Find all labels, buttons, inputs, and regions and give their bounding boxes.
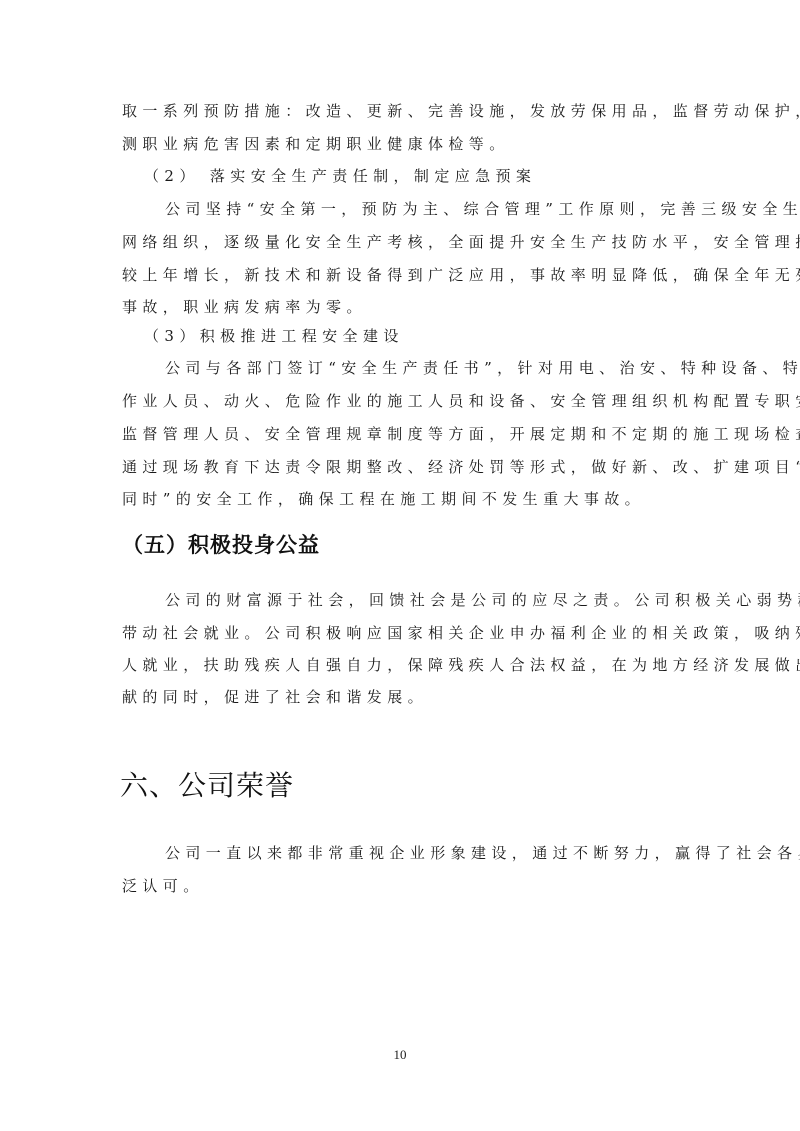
paragraph-line: 监督管理人员、安全管理规章制度等方面，开展定期和不定期的施工现场检查， <box>122 424 682 444</box>
paragraph-line: 测职业病危害因素和定期职业健康体检等。 <box>122 134 682 154</box>
document-page: 取一系列预防措施：改造、更新、完善设施，发放劳保用品，监督劳动保护，监 测职业病… <box>0 0 800 1131</box>
paragraph-line: 事故，职业病发病率为零。 <box>122 297 682 317</box>
chapter-heading: 六、公司荣誉 <box>120 769 294 803</box>
paragraph-line: 作业人员、动火、危险作业的施工人员和设备、安全管理组织机构配置专职安全 <box>122 391 682 411</box>
paragraph-line: 带动社会就业。公司积极响应国家相关企业申办福利企业的相关政策，吸纳残疾 <box>122 623 682 643</box>
paragraph-line: 取一系列预防措施：改造、更新、完善设施，发放劳保用品，监督劳动保护，监 <box>122 101 682 121</box>
paragraph-line: 同时”的安全工作，确保工程在施工期间不发生重大事故。 <box>122 489 682 509</box>
page-number: 10 <box>0 1047 800 1063</box>
paragraph-line: 通过现场教育下达责令限期整改、经济处罚等形式，做好新、改、扩建项目“三 <box>122 457 682 477</box>
paragraph-line: 公司的财富源于社会，回馈社会是公司的应尽之责。公司积极关心弱势群体， <box>165 590 725 610</box>
paragraph-line: 人就业，扶助残疾人自强自力，保障残疾人合法权益，在为地方经济发展做出贡 <box>122 655 682 675</box>
section-heading: （五）积极投身公益 <box>122 531 320 559</box>
paragraph-line: 公司一直以来都非常重视企业形象建设，通过不断努力，赢得了社会各界广 <box>165 843 725 863</box>
paragraph-line: 网络组织，逐级量化安全生产考核，全面提升安全生产技防水平，安全管理投入 <box>122 232 682 252</box>
paragraph-line: 泛认可。 <box>122 876 682 896</box>
paragraph-line: 公司坚持“安全第一，预防为主、综合管理”工作原则，完善三级安全生产 <box>165 199 725 219</box>
item-2-heading: （2） 落实安全生产责任制，制定应急预案 <box>144 166 704 186</box>
paragraph-line: 公司与各部门签订“安全生产责任书”，针对用电、治安、特种设备、特种 <box>165 358 725 378</box>
paragraph-line: 较上年增长，新技术和新设备得到广泛应用，事故率明显降低，确保全年无死亡 <box>122 265 682 285</box>
paragraph-line: 献的同时，促进了社会和谐发展。 <box>122 687 682 707</box>
item-3-heading: （3）积极推进工程安全建设 <box>144 326 704 346</box>
